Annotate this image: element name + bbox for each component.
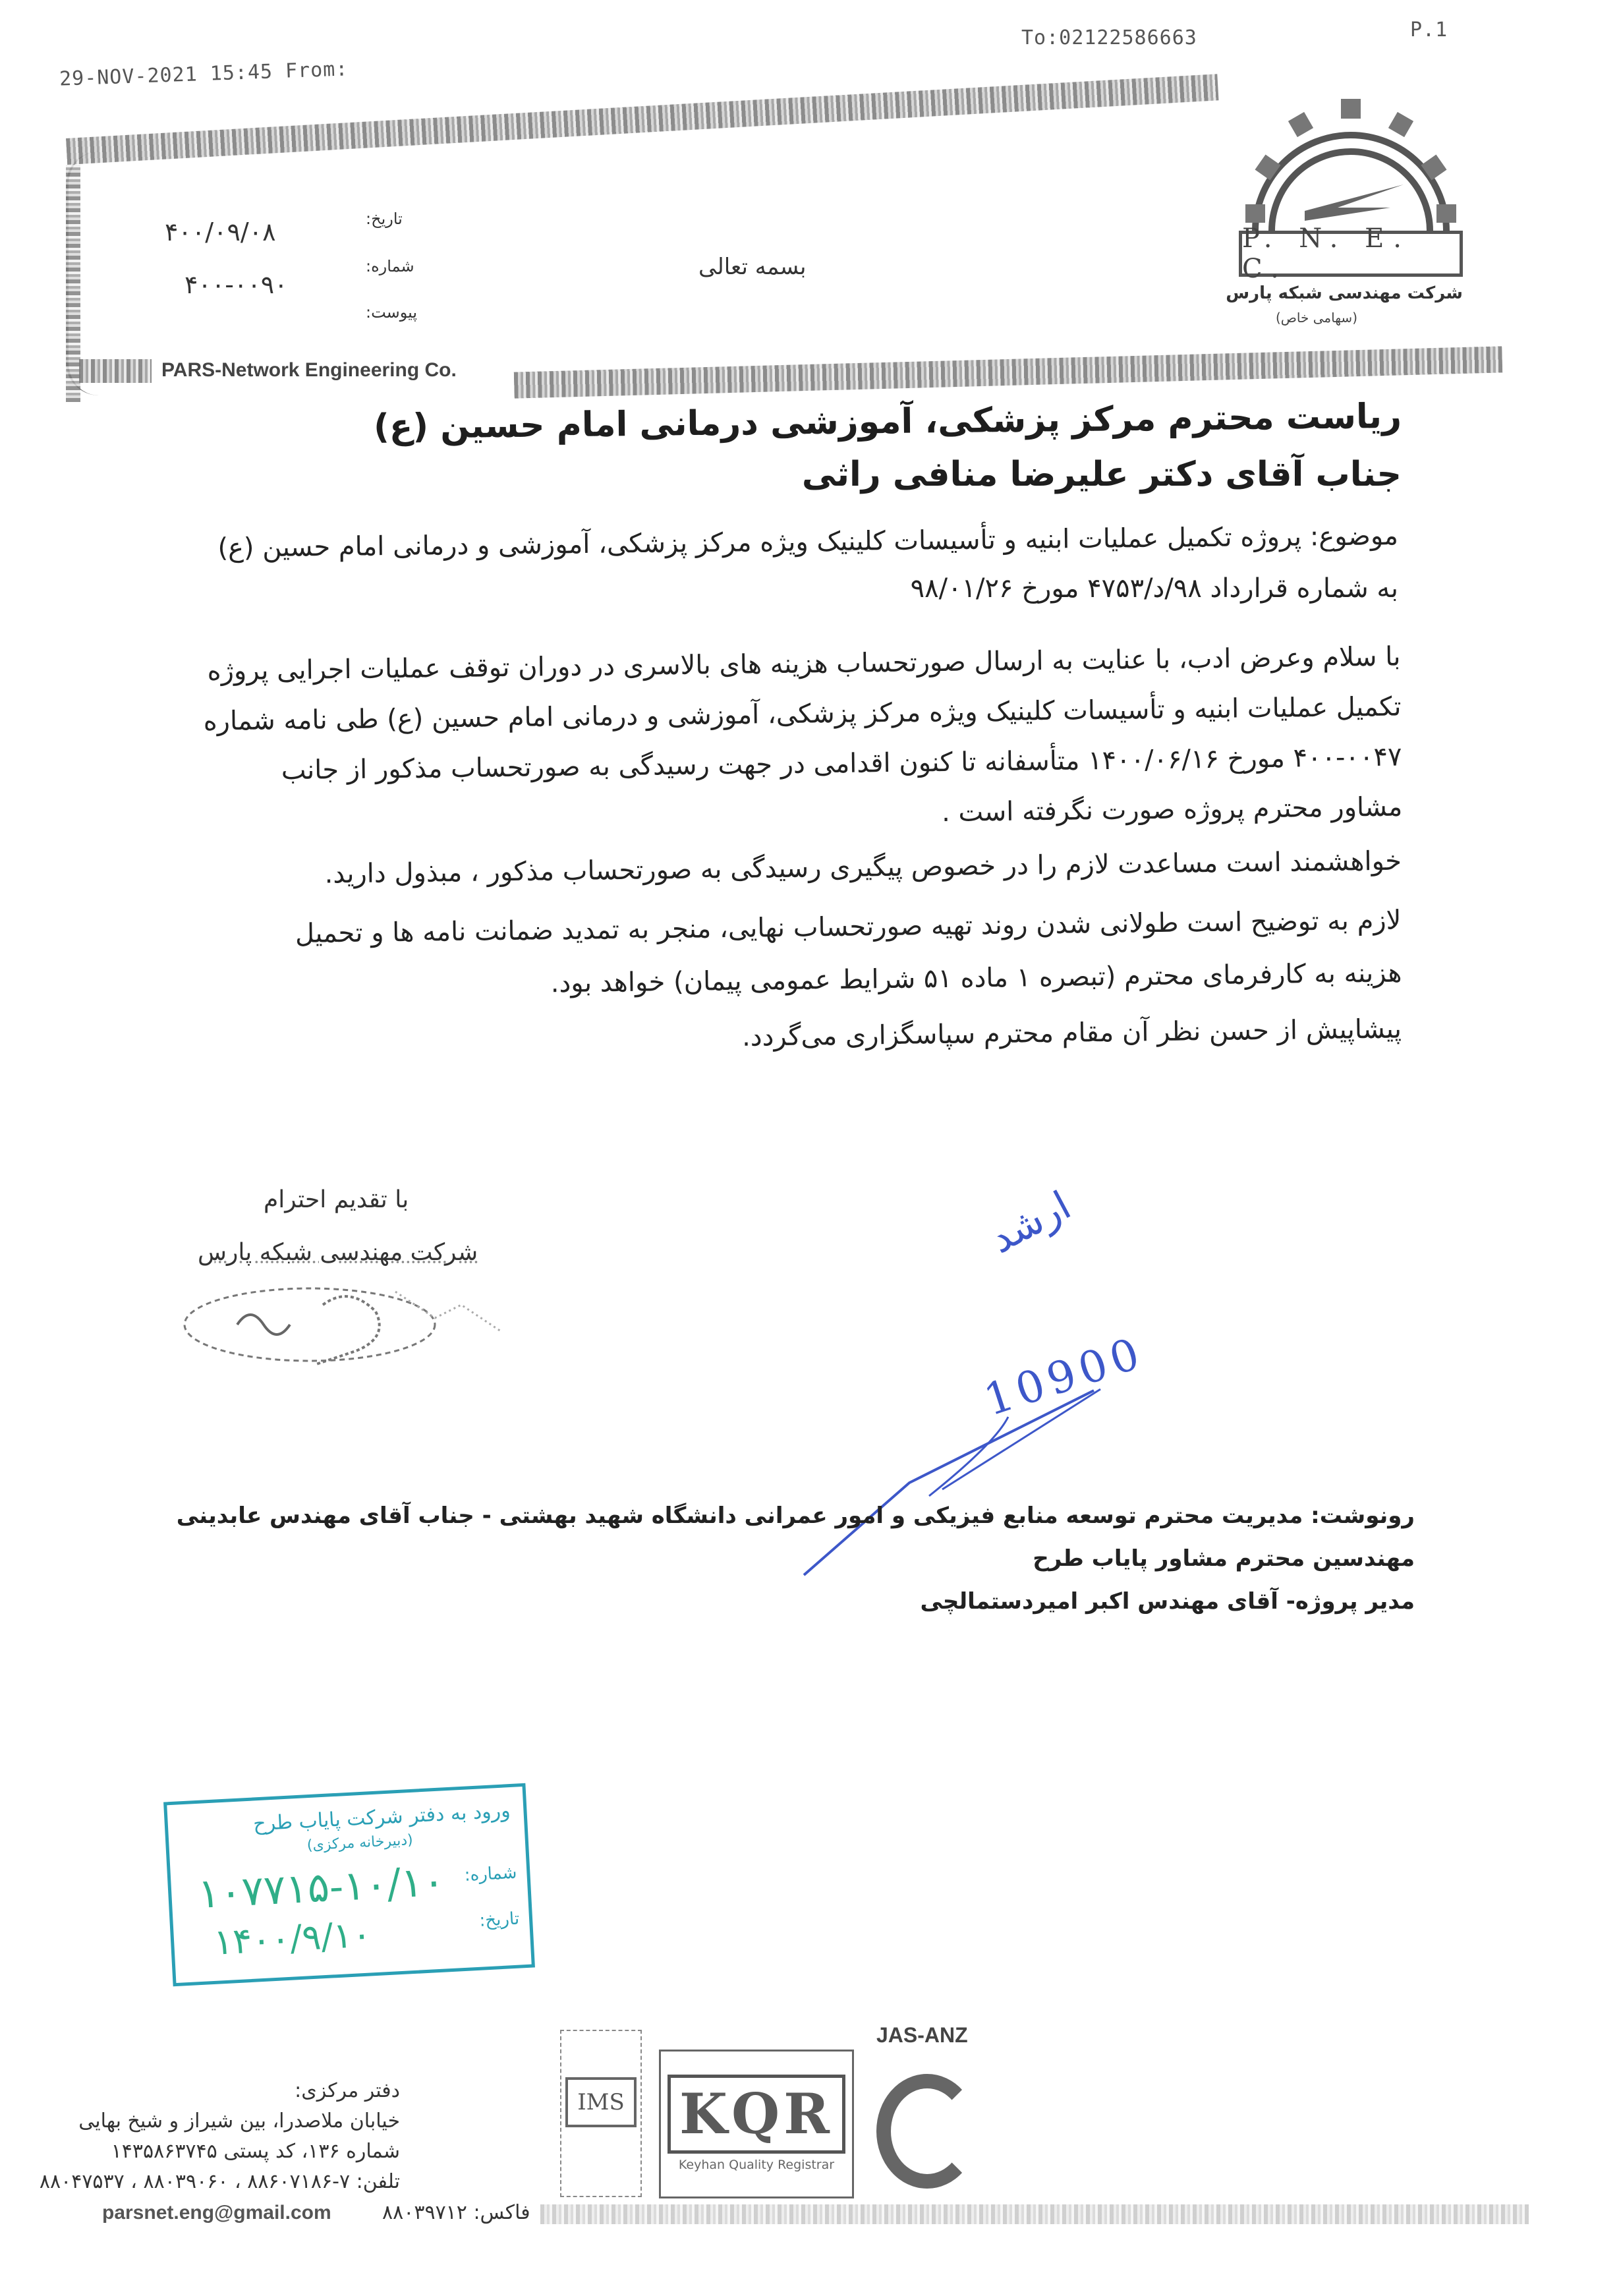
cert-logo-label: KQR	[667, 2075, 845, 2154]
fax-number: فاکس: ۸۸۰۳۹۷۱۲	[382, 2198, 530, 2228]
cert-logo-label: JAS-ANZ	[876, 2023, 988, 2048]
paragraph-4-line: پیشاپیش از حسن نظر آن مقام محترم سپاسگزا…	[163, 1008, 1402, 1066]
paragraph-3: لازم به توضیح است طولانی شدن روند تهیه ص…	[162, 899, 1402, 1010]
cc-line-3: مدیر پروژه- آقای مهندس اکبر امیردستمالچی	[920, 1588, 1415, 1615]
fax-page-number: P.1	[1410, 18, 1448, 42]
gear-logo-icon	[1232, 86, 1469, 237]
stamp-subtitle: (دبیرخانه مرکزی)	[306, 1832, 413, 1854]
address-line-1: خیابان ملاصدرا، بین شیراز و شیخ بهایی	[0, 2106, 400, 2137]
paragraph-1-line: ۴۰۰-۰۰۴۷ مورخ ۱۴۰۰/۰۶/۱۶ متأسفانه تا کنو…	[163, 735, 1402, 794]
letterhead-bottom-left-band	[79, 359, 152, 383]
handwritten-note: ارشد	[982, 1182, 1078, 1263]
date-value: ۴۰۰/۰۹/۰۸	[165, 217, 275, 246]
paragraph-4: پیشاپیش از حسن نظر آن مقام محترم سپاسگزا…	[163, 1008, 1402, 1066]
footer-address: دفتر مرکزی: خیابان ملاصدرا، بین شیراز و …	[0, 2076, 400, 2197]
number-value: ۴۰۰-۰۰۹۰	[185, 270, 288, 299]
logo-monogram: P. N. E. C.	[1242, 223, 1460, 284]
date-label: تاریخ:	[366, 210, 403, 228]
cc-line-1: رونوشت: مدیریت محترم توسعه منابع فیزیکی …	[177, 1503, 1415, 1529]
company-logo: P. N. E. C. شرکت مهندسی شبکه پارس (سهامی…	[1232, 86, 1469, 310]
company-name-en: PARS-Network Engineering Co.	[161, 359, 457, 382]
office-label: دفتر مرکزی:	[0, 2076, 400, 2106]
paragraph-3-line: هزینه به کارفرمای محترم (تبصره ۱ ماده ۵۱…	[163, 952, 1402, 1010]
stamp-number-value: ۱۰۷۷۱۵-۱۰/۱۰	[196, 1856, 445, 1918]
address-line-2: شماره ۱۳۶، کد پستی ۱۴۳۵۸۶۳۷۴۵	[0, 2137, 400, 2167]
cert-logo-caption: Keyhan Quality Registrar	[661, 2158, 852, 2172]
closing: با تقدیم احترام	[264, 1186, 409, 1213]
paragraph-1: با سلام وعرض ادب، با عنایت به ارسال صورت…	[161, 635, 1402, 844]
signatory: شرکت مهندسی شبکه پارس	[198, 1239, 478, 1266]
phone-numbers: تلفن: ۷-۸۸۶۰۷۱۸۶ ، ۸۸۰۳۹۰۶۰ ، ۸۸۰۴۷۵۳۷	[0, 2167, 400, 2197]
stamp-title: ورود به دفتر شرکت پایاب طرح	[252, 1799, 511, 1835]
paragraph-1-line: تکمیل عملیات ابنیه و تأسیسات کلینیک ویژه…	[162, 685, 1402, 744]
cert-logo-kqr: KQR Keyhan Quality Registrar	[659, 2050, 854, 2198]
paragraph-2-line: خواهشمند است مساعدت لازم را در خصوص پیگی…	[163, 840, 1402, 898]
fax-recipient-number: To:02122586663	[1021, 26, 1197, 49]
paragraph-2: خواهشمند است مساعدت لازم را در خصوص پیگی…	[163, 840, 1402, 898]
company-name-fa: شرکت مهندسی شبکه پارس	[1226, 283, 1463, 303]
paragraph-1-line: با سلام وعرض ادب، با عنایت به ارسال صورت…	[161, 635, 1401, 694]
stamp-number-label: شماره:	[464, 1863, 517, 1885]
company-type-fa: (سهامی خاص)	[1276, 310, 1357, 326]
fax-timestamp: 29-NOV-2021 15:45 From:	[59, 57, 349, 90]
letterhead-left-band	[66, 165, 80, 402]
signature-scribble-icon	[178, 1278, 560, 1410]
cert-logo-label: IMS	[565, 2077, 637, 2127]
paragraph-3-line: لازم به توضیح است طولانی شدن روند تهیه ص…	[162, 899, 1402, 958]
cc-line-2: مهندسین محترم مشاور پایاب طرح	[1033, 1545, 1415, 1572]
attachment-label: پیوست:	[366, 303, 417, 322]
subject-line-1: موضوع: پروژه تکمیل عملیات ابنیه و تأسیسا…	[146, 514, 1399, 571]
jasanz-c-icon	[876, 2074, 978, 2189]
logo-monogram-box: P. N. E. C.	[1239, 231, 1463, 277]
recipient-line-1: ریاست محترم مرکز پزشکی، آموزشی درمانی ام…	[374, 397, 1402, 447]
number-label: شماره:	[366, 257, 414, 275]
cert-logo-ims: IMS	[560, 2030, 642, 2197]
invocation: بسمه تعالی	[698, 254, 806, 280]
subject-line-2: به شماره قرارداد ۹۸/د/۴۷۵۳ مورخ ۹۸/۰۱/۲۶	[146, 567, 1398, 610]
recipient-line-2: جناب آقای دکتر علیرضا منافی راثی	[802, 455, 1402, 494]
cert-logo-jasanz: JAS-ANZ	[876, 2023, 988, 2195]
footer-band	[540, 2204, 1529, 2224]
email-link[interactable]: parsnet.eng@gmail.com	[102, 2198, 331, 2228]
paragraph-1-line: مشاور محترم پروژه صورت نگرفته است .	[163, 786, 1403, 844]
stamp-date-value: ۱۴۰۰/۹/۱۰	[213, 1913, 372, 1963]
stamp-date-label: تاریخ:	[479, 1909, 520, 1931]
received-stamp: ورود به دفتر شرکت پایاب طرح (دبیرخانه مر…	[163, 1783, 535, 1986]
